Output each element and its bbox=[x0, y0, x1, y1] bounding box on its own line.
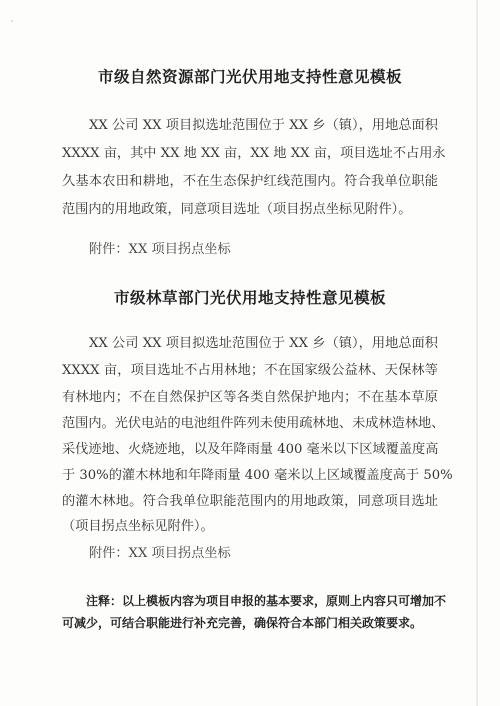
paragraph-line: 久基本农田和耕地，不在生态保护红线范围内。符合我单位职能 bbox=[62, 173, 438, 191]
attachment-note: 附件：XX 项目拐点坐标 bbox=[89, 241, 231, 259]
page-edge-line bbox=[476, 0, 478, 706]
paragraph-line: XXXX 亩，项目选址不占用林地；不在国家级公益林、天保林等 bbox=[62, 362, 438, 380]
section-title: 市级自然资源部门光伏用地支持性意见模板 bbox=[0, 65, 500, 87]
paragraph-line: 的灌木林地。符合我单位职能范围内的用地政策，同意项目选址 bbox=[62, 493, 438, 511]
paragraph-line: 范围内的用地政策，同意项目选址（项目拐点坐标见附件）。 bbox=[62, 201, 438, 219]
paragraph-line: XX 公司 XX 项目拟选址范围位于 XX 乡（镇），用地总面积 bbox=[89, 335, 438, 353]
paragraph-line: （项目拐点坐标见附件）。 bbox=[62, 518, 438, 536]
section-title: 市级林草部门光伏用地支持性意见模板 bbox=[0, 286, 500, 308]
paragraph-line: 于 30%的灌木林地和年降雨量 400 毫米以上区域覆盖度高于 50% bbox=[62, 467, 438, 485]
attachment-note: 附件：XX 项目拐点坐标 bbox=[89, 545, 231, 563]
paragraph-line: 范围内。光伏电站的电池组件阵列未使用疏林地、未成林造林地、 bbox=[62, 415, 438, 433]
note-line: 可减少，可结合职能进行补充完善，确保符合本部门相关政策要求。 bbox=[62, 615, 438, 631]
paragraph-line: 有林地内；不在自然保护区等各类自然保护地内；不在基本草原 bbox=[62, 389, 438, 407]
paragraph-line: 采伐迹地、火烧迹地，以及年降雨量 400 毫米以下区域覆盖度高 bbox=[62, 441, 438, 459]
paragraph-line: XX 公司 XX 项目拟选址范围位于 XX 乡（镇），用地总面积 bbox=[89, 117, 438, 135]
scan-speck bbox=[11, 20, 13, 22]
paragraph-line: XXXX 亩，其中 XX 地 XX 亩，XX 地 XX 亩，项目选址不占用永 bbox=[62, 145, 438, 163]
note-line: 注释：以上模板内容为项目申报的基本要求，原则上内容只可增加不 bbox=[86, 593, 438, 609]
